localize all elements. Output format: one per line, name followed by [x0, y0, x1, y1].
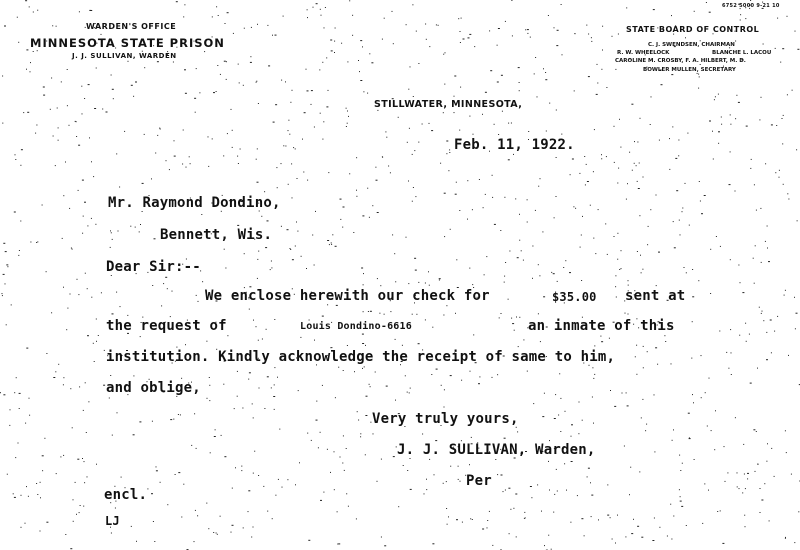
board-member: BLANCHE L. LACOU	[712, 50, 771, 56]
body-line-1: We enclose herewith our check for	[205, 288, 490, 304]
closing: Very truly yours,	[372, 411, 519, 427]
letter-date: Feb. 11, 1922.	[454, 137, 575, 153]
check-amount: $35.00	[552, 290, 597, 304]
body-line-1-end: sent at	[625, 288, 685, 304]
per-line: Per	[466, 473, 492, 489]
body-line-4: and oblige,	[106, 380, 201, 396]
enclosure-note: encl.	[104, 487, 147, 503]
letterhead-warden: J. J. SULLIVAN, WARDEN	[72, 52, 177, 60]
letterhead-board: STATE BOARD OF CONTROL	[626, 25, 759, 34]
recipient-place: Bennett, Wis.	[160, 227, 272, 243]
letterhead-office: WARDEN'S OFFICE	[86, 22, 176, 31]
board-secretary: BOWLER MULLEN, SECRETARY	[643, 67, 736, 73]
body-line-3: institution. Kindly acknowledge the rece…	[106, 349, 615, 365]
form-code: 6752 5000 9-21 10	[722, 3, 780, 9]
body-line-2: the request of	[106, 318, 227, 334]
salutation: Dear Sir:--	[106, 259, 201, 275]
signature: J. J. SULLIVAN, Warden,	[397, 442, 595, 458]
board-member: R. W. WHEELOCK	[617, 50, 669, 56]
recipient-name: Mr. Raymond Dondino,	[108, 195, 281, 211]
letterhead-institution: MINNESOTA STATE PRISON	[30, 36, 225, 50]
scan-noise	[0, 0, 800, 550]
letter-place: STILLWATER, MINNESOTA,	[374, 99, 522, 110]
body-line-2-end: an inmate of this	[528, 318, 675, 334]
letter-page: WARDEN'S OFFICE MINNESOTA STATE PRISON J…	[0, 0, 800, 550]
board-member: CAROLINE M. CROSBY, F. A. HILBERT, M. D.	[615, 58, 746, 64]
board-member: C. J. SWENDSEN, CHAIRMAN	[648, 42, 735, 48]
typist-initials: LJ	[105, 514, 120, 528]
inmate-name: Louis Dondino-6616	[300, 321, 412, 332]
